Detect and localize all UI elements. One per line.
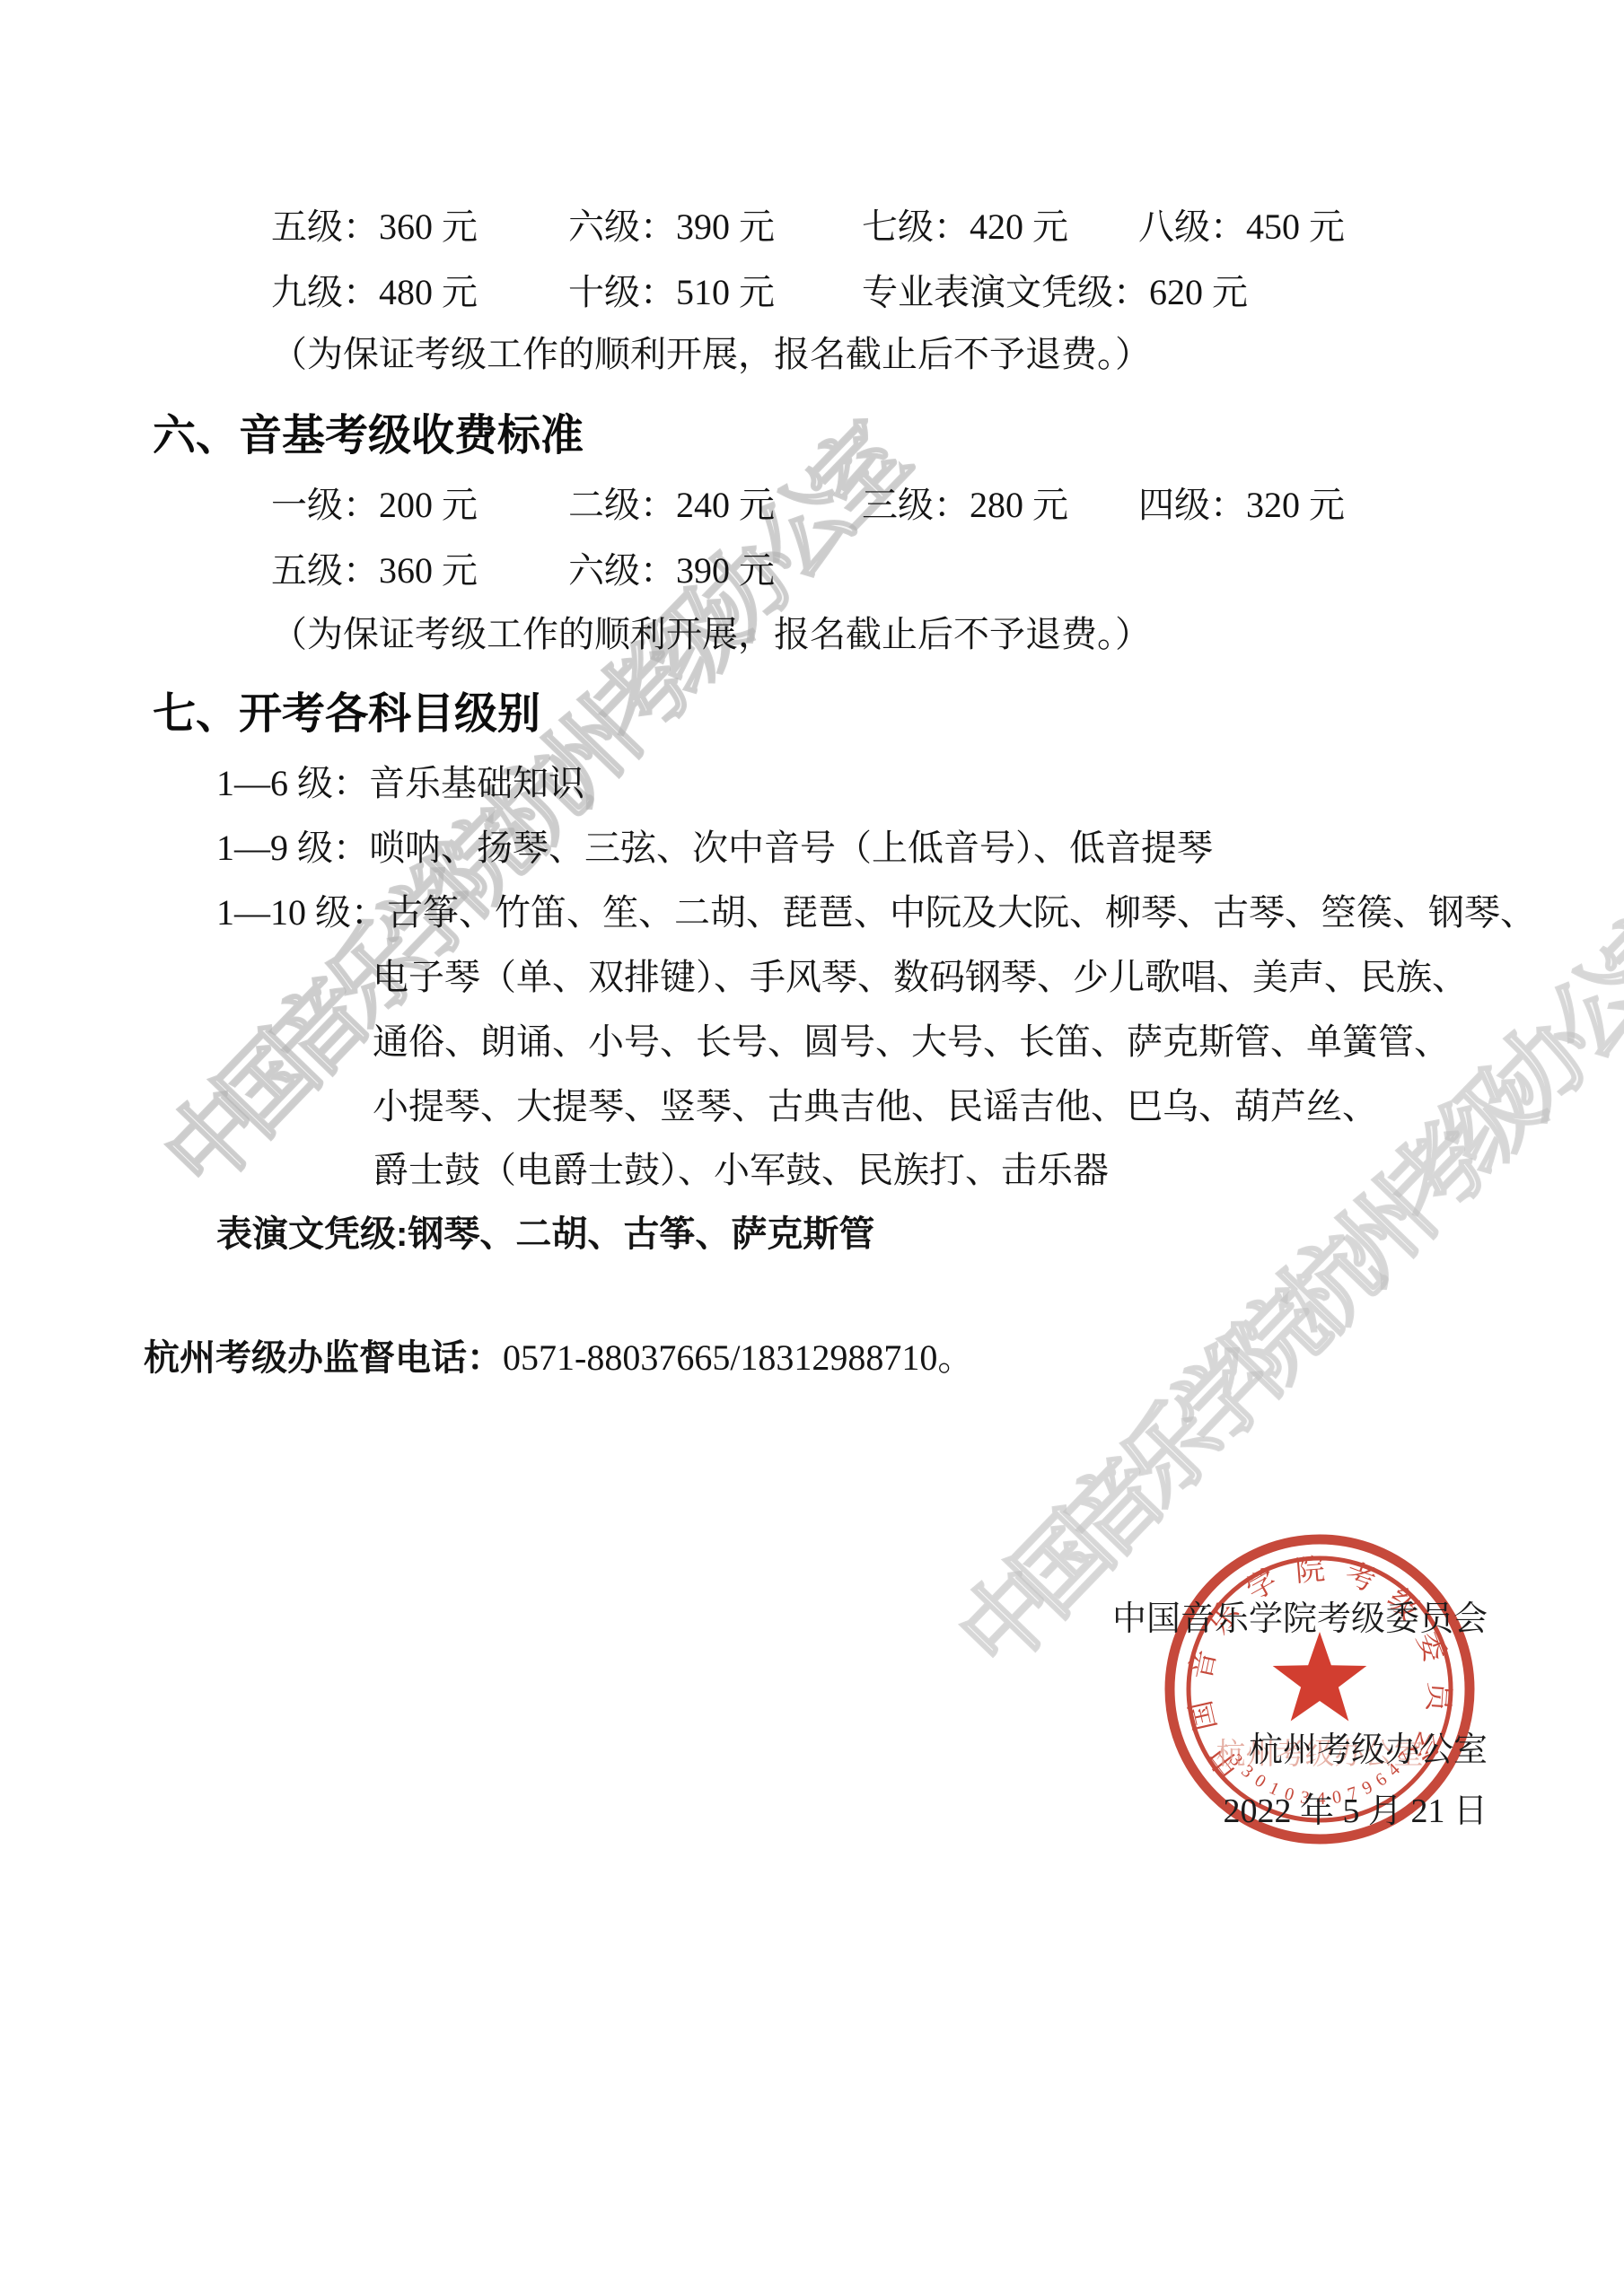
subjects-line-cont-2: 通俗、朗诵、小号、长号、圆号、大号、长笛、萨克斯管、单簧管、 (373, 1021, 1450, 1063)
fee-grade7: 七级：420 元 (862, 206, 1068, 248)
basic-fee-grade2: 二级：240 元 (568, 485, 775, 526)
fee-grade9: 九级：480 元 (271, 272, 478, 313)
star-icon (1273, 1632, 1367, 1722)
basic-fee-grade5: 五级：360 元 (271, 550, 478, 592)
subjects-line-cont-1: 电子琴（单、双排键）、手风琴、数码钢琴、少儿歌唱、美声、民族、 (373, 957, 1468, 998)
basic-fee-grade6: 六级：390 元 (568, 550, 775, 592)
no-refund-note-2: （为保证考级工作的顺利开展，报名截止后不予退费。） (271, 614, 1151, 655)
signature-date: 2022 年 5 月 21 日 (1223, 1783, 1488, 1832)
basic-fee-grade4: 四级：320 元 (1138, 485, 1345, 526)
subjects-line-cont-3: 小提琴、大提琴、竖琴、古典吉他、民谣吉他、巴乌、葫芦丝、 (373, 1086, 1378, 1127)
diploma-subjects-line: 表演文凭级:钢琴、二胡、古筝、萨克斯管 (216, 1214, 874, 1255)
section-six-heading: 六、音基考级收费标准 (153, 400, 584, 462)
signature-office: 杭州考级办公室 (1249, 1722, 1488, 1771)
document-page: 中国音乐学院杭州考级办公室 中国音乐学院杭州考级办公室 五级：360 元 六级：… (0, 0, 1624, 2296)
subjects-line-1to10: 1—10 级：古筝、竹笛、笙、二胡、琵琶、中阮及大阮、柳琴、古琴、箜篌、钢琴、 (216, 892, 1536, 933)
supervision-phone-line: 杭州考级办监督电话：0571-88037665/18312988710。 (144, 1337, 973, 1379)
fee-diploma: 专业表演文凭级：620 元 (862, 272, 1248, 313)
section-seven-heading: 七、开考各科目级别 (153, 679, 540, 741)
signature-org: 中国音乐学院考级委员会 (1112, 1591, 1488, 1640)
no-refund-note: （为保证考级工作的顺利开展，报名截止后不予退费。） (271, 334, 1151, 375)
fee-grade8: 八级：450 元 (1138, 206, 1345, 248)
fee-grade6: 六级：390 元 (568, 206, 775, 248)
basic-fee-grade1: 一级：200 元 (271, 485, 478, 526)
supervision-phone-label: 杭州考级办监督电话： (144, 1338, 503, 1378)
supervision-phone-number: 0571-88037665/18312988710。 (503, 1337, 973, 1378)
subjects-line-1to6: 1—6 级：音乐基础知识 (216, 763, 584, 804)
basic-fee-grade3: 三级：280 元 (862, 485, 1068, 526)
fee-grade10: 十级：510 元 (568, 272, 775, 313)
subjects-line-1to9: 1—9 级：唢呐、扬琴、三弦、次中音号（上低音号）、低音提琴 (216, 828, 1213, 869)
subjects-line-cont-4: 爵士鼓（电爵士鼓）、小军鼓、民族打、击乐器 (373, 1150, 1109, 1191)
fee-grade5: 五级：360 元 (271, 206, 478, 248)
